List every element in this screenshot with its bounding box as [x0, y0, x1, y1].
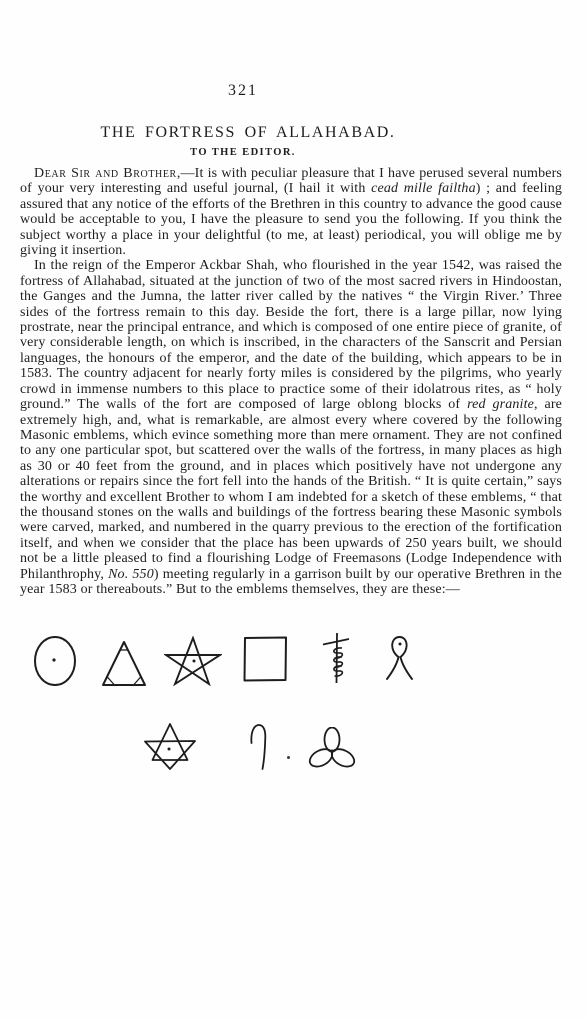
scanned-page: 321 THE FORTRESS OF ALLAHABAD. TO THE ED…: [0, 0, 586, 1020]
letter-text-italic: No. 550: [108, 567, 154, 582]
emblem-figure: [0, 621, 586, 801]
article-subtitle: TO THE EDITOR.: [0, 147, 586, 158]
square-icon: [241, 634, 289, 684]
letter-text-italic: red granite: [467, 397, 534, 412]
crook-icon: [247, 723, 269, 771]
staff-scrolls-icon: [320, 631, 350, 685]
circle-dot-icon: [33, 635, 77, 687]
letter-text-smallcaps: Dear Sir and Brother: [34, 166, 177, 181]
hexagram-icon: [143, 721, 197, 771]
article-title: THE FORTRESS OF ALLAHABAD.: [0, 124, 586, 142]
triangle-icon: [101, 640, 147, 687]
crossed-loops-icon: [381, 634, 417, 680]
trefoil-icon: [306, 727, 358, 773]
letter-text: , are extremely high, and, what is remar…: [20, 397, 562, 581]
letter-text: In the reign of the Emperor Ackbar Shah,…: [20, 258, 562, 412]
letter-text-italic: cead mille failtha: [371, 181, 476, 196]
letter-paragraph: Dear Sir and Brother,—It is with peculia…: [20, 166, 562, 258]
letter-body: Dear Sir and Brother,—It is with peculia…: [20, 166, 562, 597]
ink-speck: [287, 756, 290, 759]
page-number: 321: [0, 0, 586, 100]
pentagram-icon: [164, 636, 222, 686]
letter-paragraph: In the reign of the Emperor Ackbar Shah,…: [20, 258, 562, 597]
